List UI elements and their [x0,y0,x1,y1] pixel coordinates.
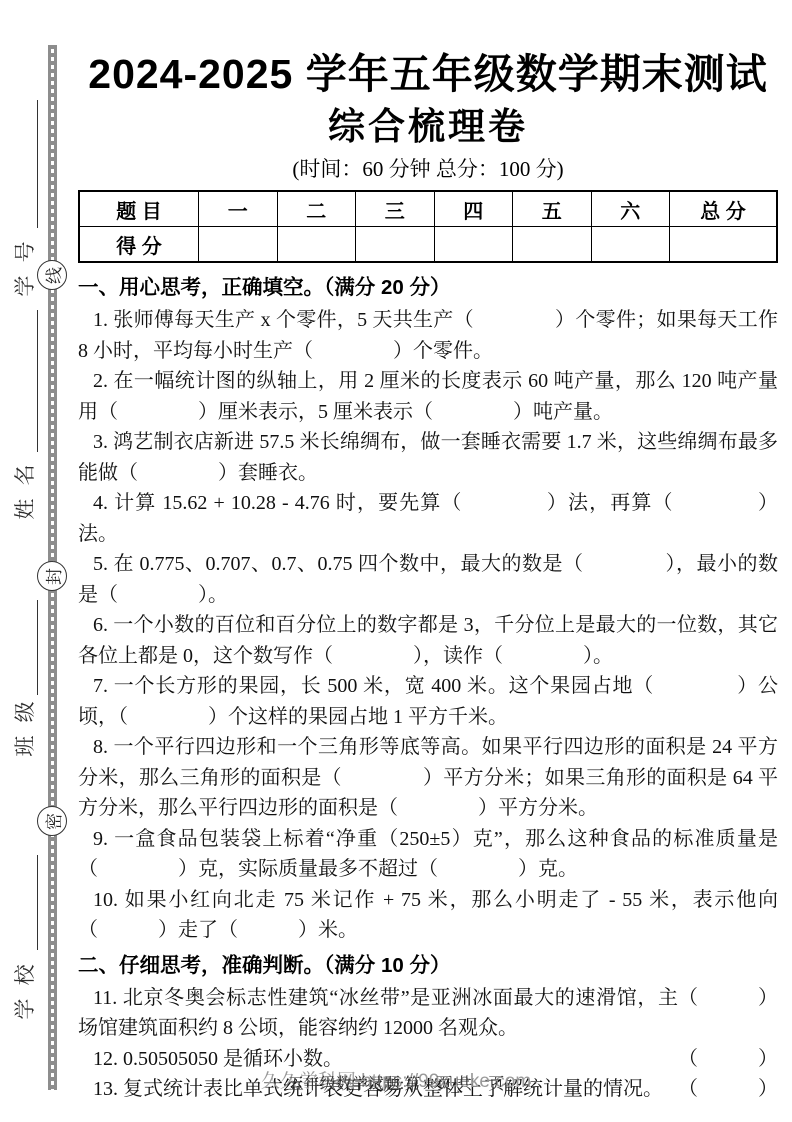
name-label: 姓 名 [9,450,35,530]
exam-meta: (时间：60 分钟 总分：100 分) [78,156,778,182]
student-number-write-line [37,100,38,228]
score-label-cell: 得 分 [79,227,199,263]
score-empty-cell [434,227,513,263]
score-table-header-cell: 四 [434,191,513,227]
score-empty-cell [670,227,778,263]
seal-circle-feng-char: 封 [40,568,65,585]
question-text: （ ）11. 北京冬奥会标志性建筑“冰丝带”是亚洲冰面最大的速滑馆，主场馆建筑面… [78,983,778,1044]
question-text: 4. 计算 15.62 + 10.28 - 4.76 时，要先算（ ）法，再算（… [78,488,778,549]
class-label: 班 级 [9,687,35,767]
school-write-line [37,855,38,950]
score-empty-cell [591,227,670,263]
score-empty-cell [277,227,356,263]
exam-title-line1: 2024-2025 学年五年级数学期末测试 [78,48,778,100]
score-table-header-cell: 二 [277,191,356,227]
question-text: 1. 张师傅每天生产 x 个零件，5 天共生产（ ）个零件；如果每天工作 8 小… [78,305,778,366]
question-text: 9. 一盒食品包装袋上标着“净重（250±5）克”，那么这种食品的标准质量是（ … [78,824,778,885]
question-text: 7. 一个长方形的果园，长 500 米，宽 400 米。这个果园占地（ ）公顷，… [78,671,778,732]
score-empty-cell [356,227,435,263]
score-empty-cell [513,227,592,263]
answer-paren: （ ） [678,983,778,1014]
seal-circle-xian-char: 线 [40,267,65,284]
seal-circle-xian: 线 [37,260,67,290]
section-heading: 二、仔细思考，准确判断。（满分 10 分） [78,950,778,981]
score-empty-cell [199,227,278,263]
score-table-score-row: 得 分 [79,227,777,263]
score-table: 题 目一二三四五六总 分 得 分 [78,190,778,263]
main-content: 2024-2025 学年五年级数学期末测试 综合梳理卷 (时间：60 分钟 总分… [78,48,778,1105]
question-text: 8. 一个平行四边形和一个三角形等底等高。如果平行四边形的面积是 24 平方分米… [78,732,778,824]
score-table-header-cell: 三 [356,191,435,227]
class-write-line [37,600,38,695]
name-write-line [37,310,38,452]
section-heading: 一、用心思考，正确填空。（满分 20 分） [78,272,778,303]
question-area: 一、用心思考，正确填空。（满分 20 分）1. 张师傅每天生产 x 个零件，5 … [78,272,778,1105]
question-text: 6. 一个小数的百位和百分位上的数字都是 3，千分位上是最大的一位数，其它各位上… [78,610,778,671]
exam-paper-page: 学 号 姓 名 班 级 学 校 线 封 密 2024-2025 学年五年级数学期… [0,0,792,1122]
question-text: 2. 在一幅统计图的纵轴上，用 2 厘米的长度表示 60 吨产量，那么 120 … [78,366,778,427]
score-table-header-row: 题 目一二三四五六总 分 [79,191,777,227]
score-table-header-cell: 六 [591,191,670,227]
score-table-header-cell: 题 目 [79,191,199,227]
score-table-header-cell: 五 [513,191,592,227]
score-table-header-cell: 一 [199,191,278,227]
question-text: 10. 如果小红向北走 75 米记作 + 75 米，那么小明走了 - 55 米，… [78,885,778,946]
question-text: 5. 在 0.775、0.707、0.7、0.75 四个数中，最大的数是（ ），… [78,549,778,610]
exam-title-line2: 综合梳理卷 [78,104,778,150]
seal-circle-feng: 封 [37,561,67,591]
score-table-header-cell: 总 分 [670,191,778,227]
page-footer: 久久学科网 https://99xueke.com 五年级数学试题:第 页 共 … [0,1066,792,1100]
seal-circle-mi: 密 [37,806,67,836]
page-number-label: 五年级数学试题:第 页 共 页 [0,1071,792,1094]
seal-circle-mi-char: 密 [40,813,65,830]
question-text: 3. 鸿艺制衣店新进 57.5 米长绵绸布，做一套睡衣需要 1.7 米，这些绵绸… [78,427,778,488]
school-label: 学 校 [9,950,35,1030]
student-number-label: 学 号 [9,227,35,307]
